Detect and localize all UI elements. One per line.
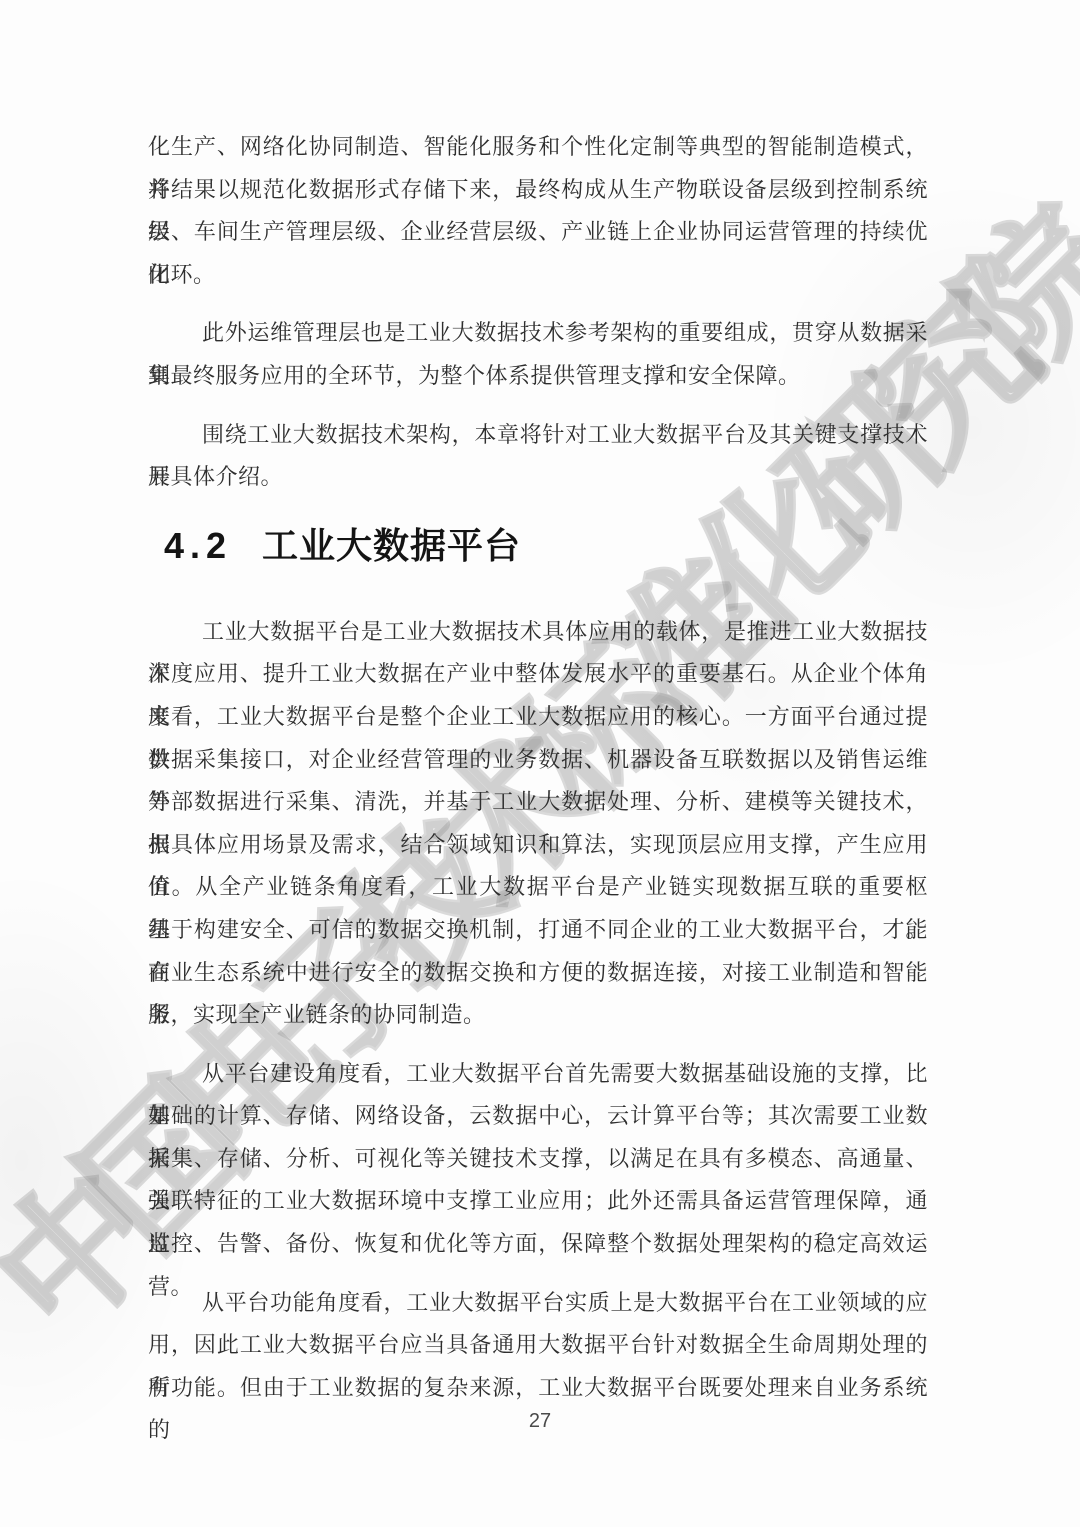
text-line: 数据采集接口，对企业经营管理的业务数据、机器设备互联数据以及销售运维等 — [148, 739, 928, 782]
paragraph: 化生产、网络化协同制造、智能化服务和个性化定制等典型的智能制造模式，并将结果以规… — [148, 126, 928, 296]
text-line: 到最终服务应用的全环节，为整个体系提供管理支撑和安全保障。 — [148, 355, 928, 398]
text-line: 关联特征的工业大数据环境中支撑工业应用；此外还需具备运营管理保障，通过 — [148, 1180, 928, 1223]
text-line: 有功能。但由于工业数据的复杂来源，工业大数据平台既要处理来自业务系统的 — [148, 1367, 928, 1410]
document-page: 中国电子技术标准化研究院 化生产、网络化协同制造、智能化服务和个性化定制等典型的… — [0, 0, 1080, 1527]
paragraph: 从平台功能角度看，工业大数据平台实质上是大数据平台在工业领域的应用，因此工业大数… — [148, 1282, 928, 1410]
text-line: 从平台建设角度看，工业大数据平台首先需要大数据基础设施的支撑，比如 — [148, 1053, 928, 1096]
paragraph: 围绕工业大数据技术架构，本章将针对工业大数据平台及其关键支撑技术展开具体介绍。 — [148, 414, 928, 499]
text-line: 此外运维管理层也是工业大数据技术参考架构的重要组成，贯穿从数据采集 — [148, 312, 928, 355]
text-line: 级、车间生产管理层级、企业经营层级、产业链上企业协同运营管理的持续优化 — [148, 211, 928, 254]
text-line: 将结果以规范化数据形式存储下来，最终构成从生产物联设备层级到控制系统层 — [148, 169, 928, 212]
text-line: 监控、告警、备份、恢复和优化等方面，保障整个数据处理架构的稳定高效运营。 — [148, 1223, 928, 1266]
page-content: 化生产、网络化协同制造、智能化服务和个性化定制等典型的智能制造模式，并将结果以规… — [148, 126, 928, 1425]
text-line: 务，实现全产业链条的协同制造。 — [148, 994, 928, 1037]
text-line: 闭环。 — [148, 254, 928, 297]
text-line: 商业生态系统中进行安全的数据交换和方便的数据连接，对接工业制造和智能服 — [148, 952, 928, 995]
text-line: 基础的计算、存储、网络设备，云数据中心，云计算平台等；其次需要工业数据 — [148, 1095, 928, 1138]
text-line: 围绕工业大数据技术架构，本章将针对工业大数据平台及其关键支撑技术展 — [148, 414, 928, 457]
text-line: 用，因此工业大数据平台应当具备通用大数据平台针对数据全生命周期处理的所 — [148, 1324, 928, 1367]
text-line: 外部数据进行采集、清洗，并基于工业大数据处理、分析、建模等关键技术，根 — [148, 781, 928, 824]
text-line: 基于构建安全、可信的数据交换机制，打通不同企业的工业大数据平台，才能在 — [148, 909, 928, 952]
text-line: 深度应用、提升工业大数据在产业中整体发展水平的重要基石。从企业个体角度 — [148, 653, 928, 696]
section-number: 4.2 — [164, 525, 232, 566]
text-line: 来看，工业大数据平台是整个企业工业大数据应用的核心。一方面平台通过提供 — [148, 696, 928, 739]
section-heading: 4.2工业大数据平台 — [148, 521, 928, 571]
text-line: 化生产、网络化协同制造、智能化服务和个性化定制等典型的智能制造模式，并 — [148, 126, 928, 169]
page-number: 27 — [0, 1410, 1080, 1433]
text-line: 采集、存储、分析、可视化等关键技术支撑，以满足在具有多模态、高通量、强 — [148, 1138, 928, 1181]
text-line: 据具体应用场景及需求，结合领域知识和算法，实现顶层应用支撑，产生应用价 — [148, 824, 928, 867]
text-line: 工业大数据平台是工业大数据技术具体应用的载体，是推进工业大数据技术 — [148, 611, 928, 654]
text-line: 开具体介绍。 — [148, 456, 928, 499]
paragraph: 从平台建设角度看，工业大数据平台首先需要大数据基础设施的支撑，比如基础的计算、存… — [148, 1053, 928, 1266]
text-line: 值。从全产业链条角度看，工业大数据平台是产业链实现数据互联的重要枢纽。 — [148, 866, 928, 909]
paragraph: 工业大数据平台是工业大数据技术具体应用的载体，是推进工业大数据技术深度应用、提升… — [148, 611, 928, 1037]
paragraph: 此外运维管理层也是工业大数据技术参考架构的重要组成，贯穿从数据采集到最终服务应用… — [148, 312, 928, 397]
text-line: 从平台功能角度看，工业大数据平台实质上是大数据平台在工业领域的应 — [148, 1282, 928, 1325]
section-title: 工业大数据平台 — [262, 525, 521, 566]
